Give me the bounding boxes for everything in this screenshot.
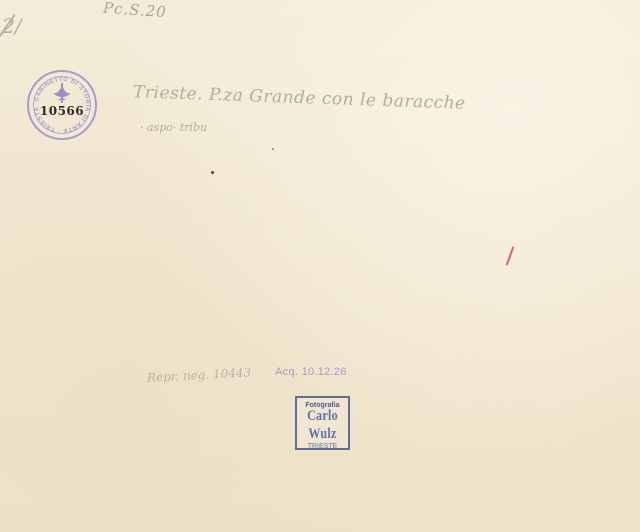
- ink-speck: [211, 171, 214, 174]
- photographer-stamp: Fotografia Carlo Wulz TRIESTE: [295, 396, 350, 450]
- svg-text:GABINETTO DI STORIA DI ARTE ·: GABINETTO DI STORIA DI ARTE · TRIESTE ·: [29, 72, 90, 133]
- archive-seal-stamp: GABINETTO DI STORIA DI ARTE · TRIESTE · …: [27, 70, 97, 140]
- acquisition-stamp: Acq. 10.12.26: [275, 366, 347, 378]
- photographer-name: Carlo Wulz: [297, 407, 348, 443]
- halberd-fleur-de-lis-icon: [53, 83, 71, 103]
- paper-background: [0, 0, 640, 532]
- ink-speck: [272, 148, 274, 150]
- photographer-city: TRIESTE: [297, 443, 348, 450]
- caption-subnote: · aspo· tribu: [140, 121, 207, 134]
- seal-inventory-number: 10566: [29, 104, 95, 118]
